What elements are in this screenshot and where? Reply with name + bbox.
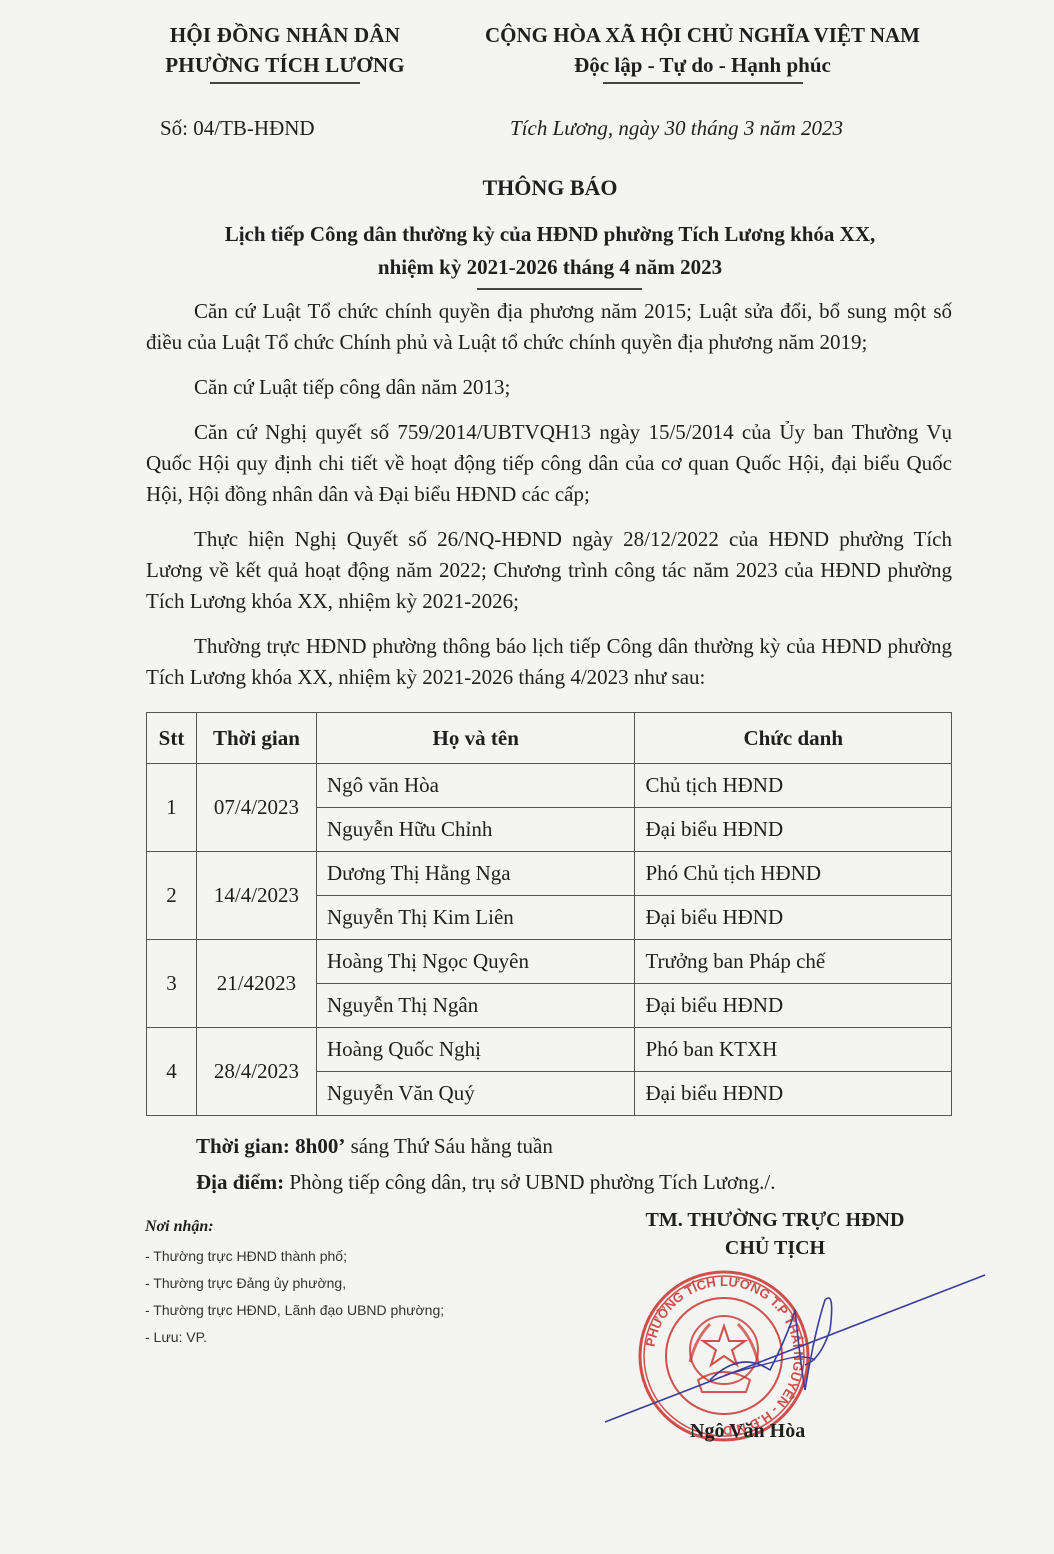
time-label: Thời gian: 8h00’ xyxy=(196,1134,345,1158)
cell-name: Hoàng Thị Ngọc Quyên xyxy=(316,940,635,984)
recipient-item: - Lưu: VP. xyxy=(145,1324,444,1351)
cell-title: Phó Chủ tịch HĐND xyxy=(635,852,952,896)
table-row: 3 21/42023 Hoàng Thị Ngọc Quyên Trưởng b… xyxy=(147,940,952,984)
authority-underline xyxy=(210,82,360,84)
table-row: 2 14/4/2023 Dương Thị Hằng Nga Phó Chủ t… xyxy=(147,852,952,896)
cell-name: Nguyễn Hữu Chỉnh xyxy=(316,808,635,852)
place-value: Phòng tiếp công dân, trụ sở UBND phường … xyxy=(284,1170,775,1194)
cell-name: Nguyễn Văn Quý xyxy=(316,1072,635,1116)
table-row: 4 28/4/2023 Hoàng Quốc Nghị Phó ban KTXH xyxy=(147,1028,952,1072)
cell-name: Dương Thị Hằng Nga xyxy=(316,852,635,896)
recipients-list: - Thường trực HĐND thành phố; - Thường t… xyxy=(145,1243,444,1351)
place-info: Địa điểm: Phòng tiếp công dân, trụ sở UB… xyxy=(196,1170,776,1195)
cell-date: 28/4/2023 xyxy=(196,1028,316,1116)
cell-name: Hoàng Quốc Nghị xyxy=(316,1028,635,1072)
document-body: Căn cứ Luật Tổ chức chính quyền địa phươ… xyxy=(146,296,952,693)
cell-date: 21/42023 xyxy=(196,940,316,1028)
cell-stt: 1 xyxy=(147,764,197,852)
signature-line-2: CHỦ TỊCH xyxy=(600,1234,950,1262)
schedule-table: Stt Thời gian Họ và tên Chức danh 1 07/4… xyxy=(146,712,952,1116)
cell-title: Đại biểu HĐND xyxy=(635,896,952,940)
paragraph: Căn cứ Nghị quyết số 759/2014/UBTVQH13 n… xyxy=(146,417,952,510)
header-date: Thời gian xyxy=(196,713,316,764)
subtitle-line-2: nhiệm kỳ 2021-2026 tháng 4 năm 2023 xyxy=(140,251,960,284)
place-label: Địa điểm: xyxy=(196,1170,284,1194)
cell-name: Ngô văn Hòa xyxy=(316,764,635,808)
time-value: sáng Thứ Sáu hằng tuần xyxy=(345,1134,553,1158)
cell-date: 07/4/2023 xyxy=(196,764,316,852)
national-motto: CỘNG HÒA XÃ HỘI CHỦ NGHĨA VIỆT NAM Độc l… xyxy=(440,20,965,84)
document-page: HỘI ĐỒNG NHÂN DÂN PHƯỜNG TÍCH LƯƠNG CỘNG… xyxy=(0,0,1054,1554)
cell-date: 14/4/2023 xyxy=(196,852,316,940)
cell-title: Đại biểu HĐND xyxy=(635,1072,952,1116)
cell-title: Đại biểu HĐND xyxy=(635,984,952,1028)
issuing-authority: HỘI ĐỒNG NHÂN DÂN PHƯỜNG TÍCH LƯƠNG xyxy=(130,20,440,84)
authority-line-1: HỘI ĐỒNG NHÂN DÂN xyxy=(130,20,440,50)
document-title: THÔNG BÁO xyxy=(140,175,960,201)
recipient-item: - Thường trực Đảng ủy phường, xyxy=(145,1270,444,1297)
motto: Độc lập - Tự do - Hạnh phúc xyxy=(440,50,965,80)
cell-title: Trưởng ban Pháp chế xyxy=(635,940,952,984)
recipient-item: - Thường trực HĐND, Lãnh đạo UBND phường… xyxy=(145,1297,444,1324)
paragraph: Thực hiện Nghị Quyết số 26/NQ-HĐND ngày … xyxy=(146,524,952,617)
signer-name: Ngô Văn Hòa xyxy=(690,1420,805,1443)
header-name: Họ và tên xyxy=(316,713,635,764)
paragraph: Căn cứ Luật tiếp công dân năm 2013; xyxy=(146,372,952,403)
cell-title: Phó ban KTXH xyxy=(635,1028,952,1072)
header-title: Chức danh xyxy=(635,713,952,764)
cell-title: Đại biểu HĐND xyxy=(635,808,952,852)
signature-line-1: TM. THƯỜNG TRỰC HĐND xyxy=(600,1206,950,1234)
paragraph: Thường trực HĐND phường thông báo lịch t… xyxy=(146,631,952,693)
cell-stt: 3 xyxy=(147,940,197,1028)
subtitle-line-1: Lịch tiếp Công dân thường kỳ của HĐND ph… xyxy=(140,218,960,251)
table-row: 1 07/4/2023 Ngô văn Hòa Chủ tịch HĐND xyxy=(147,764,952,808)
table-header-row: Stt Thời gian Họ và tên Chức danh xyxy=(147,713,952,764)
cell-title: Chủ tịch HĐND xyxy=(635,764,952,808)
recipients-title: Nơi nhận: xyxy=(145,1218,214,1236)
signature-block-title: TM. THƯỜNG TRỰC HĐND CHỦ TỊCH xyxy=(600,1206,950,1262)
subtitle-underline xyxy=(477,288,642,290)
cell-stt: 4 xyxy=(147,1028,197,1116)
document-number: Số: 04/TB-HĐND xyxy=(160,116,315,141)
signature-icon xyxy=(600,1270,990,1440)
cell-stt: 2 xyxy=(147,852,197,940)
recipients-title-text: Nơi nhận xyxy=(145,1218,208,1235)
time-info: Thời gian: 8h00’ sáng Thứ Sáu hằng tuần xyxy=(196,1134,553,1159)
place-date: Tích Lương, ngày 30 tháng 3 năm 2023 xyxy=(510,116,843,141)
country-name: CỘNG HÒA XÃ HỘI CHỦ NGHĨA VIỆT NAM xyxy=(440,20,965,50)
document-subtitle: Lịch tiếp Công dân thường kỳ của HĐND ph… xyxy=(140,218,960,284)
cell-name: Nguyễn Thị Kim Liên xyxy=(316,896,635,940)
recipient-item: - Thường trực HĐND thành phố; xyxy=(145,1243,444,1270)
motto-underline xyxy=(603,82,803,84)
header-stt: Stt xyxy=(147,713,197,764)
authority-line-2: PHƯỜNG TÍCH LƯƠNG xyxy=(130,50,440,80)
paragraph: Căn cứ Luật Tổ chức chính quyền địa phươ… xyxy=(146,296,952,358)
cell-name: Nguyễn Thị Ngân xyxy=(316,984,635,1028)
